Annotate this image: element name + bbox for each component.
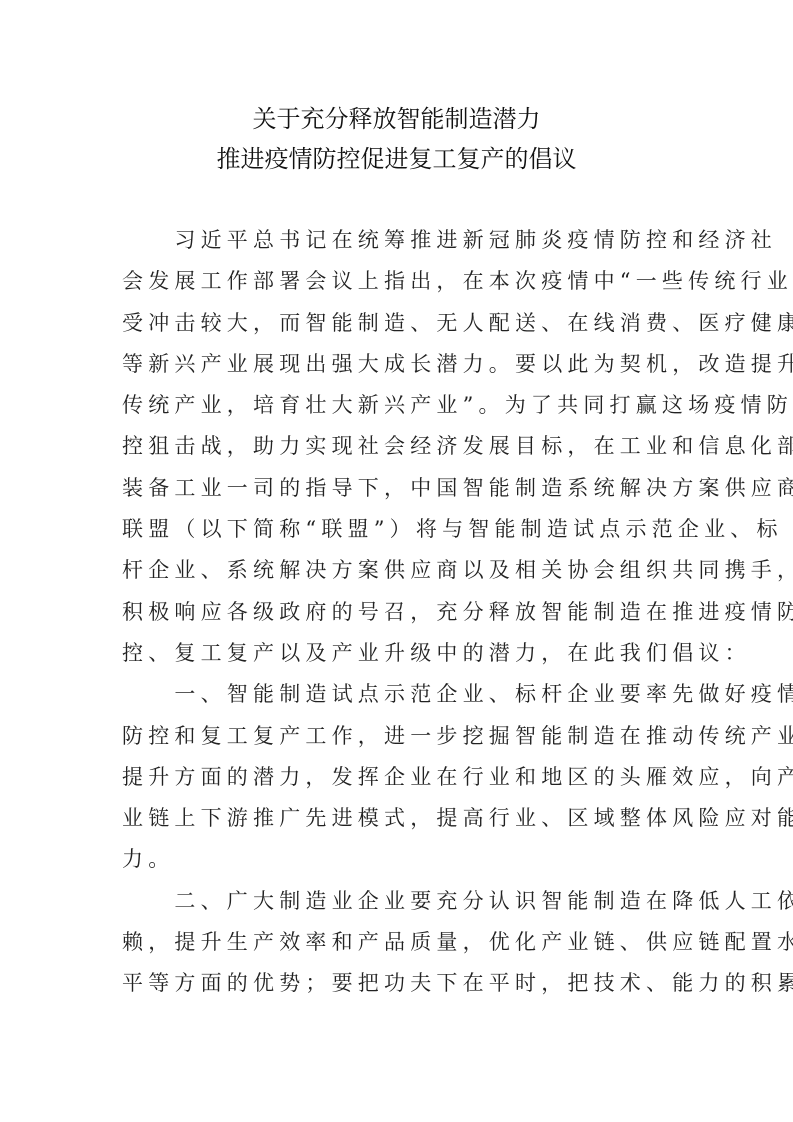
document-page: 关于充分释放智能制造潜力 推进疫情防控促进复工复产的倡议 习近平总书记在统筹推进…	[0, 0, 793, 1122]
body-line: 一、智能制造试点示范企业、标杆企业要率先做好疫情	[122, 674, 674, 715]
body-line: 提升方面的潜力，发挥企业在行业和地区的头雁效应，向产	[122, 757, 674, 798]
document-body: 习近平总书记在统筹推进新冠肺炎疫情防控和经济社 会发展工作部署会议上指出，在本次…	[122, 220, 674, 1005]
document-title-line-1: 关于充分释放智能制造潜力	[0, 99, 793, 139]
document-title-line-2: 推进疫情防控促进复工复产的倡议	[0, 139, 793, 179]
body-line: 杆企业、系统解决方案供应商以及相关协会组织共同携手，	[122, 550, 674, 591]
body-line: 力。	[122, 839, 674, 880]
body-line: 业链上下游推广先进模式，提高行业、区域整体风险应对能	[122, 798, 674, 839]
body-line: 二、广大制造业企业要充分认识智能制造在降低人工依	[122, 881, 674, 922]
body-line: 赖，提升生产效率和产品质量，优化产业链、供应链配置水	[122, 922, 674, 963]
body-line: 传统产业，培育壮大新兴产业”。为了共同打赢这场疫情防	[122, 385, 674, 426]
body-line: 等新兴产业展现出强大成长潜力。要以此为契机，改造提升	[122, 344, 674, 385]
body-line: 控、复工复产以及产业升级中的潜力，在此我们倡议：	[122, 633, 674, 674]
body-line: 装备工业一司的指导下，中国智能制造系统解决方案供应商	[122, 468, 674, 509]
body-line: 联盟（以下简称“联盟”）将与智能制造试点示范企业、标	[122, 509, 674, 550]
body-line: 习近平总书记在统筹推进新冠肺炎疫情防控和经济社	[122, 220, 674, 261]
body-line: 受冲击较大，而智能制造、无人配送、在线消费、医疗健康	[122, 303, 674, 344]
body-line: 控狙击战，助力实现社会经济发展目标，在工业和信息化部	[122, 426, 674, 467]
body-line: 防控和复工复产工作，进一步挖掘智能制造在推动传统产业	[122, 716, 674, 757]
body-line: 会发展工作部署会议上指出，在本次疫情中“一些传统行业	[122, 261, 674, 302]
body-line: 积极响应各级政府的号召，充分释放智能制造在推进疫情防	[122, 592, 674, 633]
body-line: 平等方面的优势；要把功夫下在平时，把技术、能力的积累	[122, 963, 674, 1004]
